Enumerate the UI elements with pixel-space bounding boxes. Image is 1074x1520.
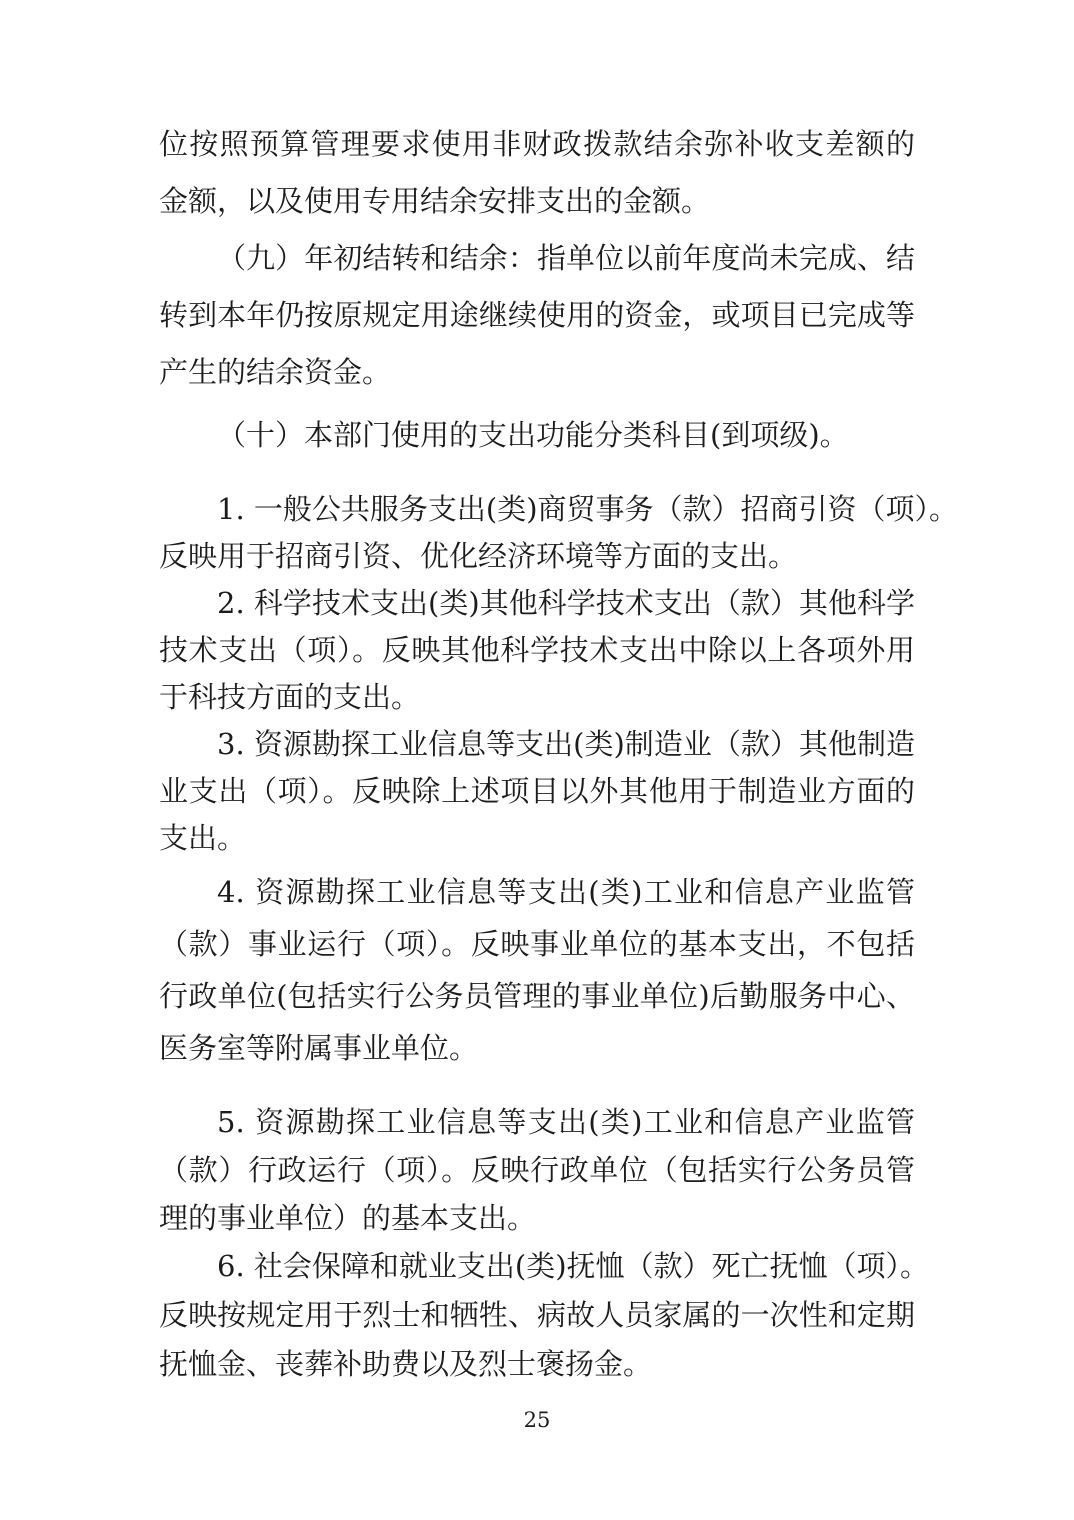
text-line: 支出。 (159, 815, 915, 862)
text-line: 抚恤金、丧葬补助费以及烈士褒扬金。 (159, 1340, 915, 1389)
text-line: 业支出（项）。反映除上述项目以外其他用于制造业方面的 (159, 768, 915, 815)
paragraph: 3. 资源勘探工业信息等支出(类)制造业（款）其他制造 业支出（项）。反映除上述… (159, 721, 915, 862)
text-line: 1. 一般公共服务支出(类)商贸事务（款）招商引资（项）。 (159, 486, 915, 533)
text-line: 行政单位(包括实行公务员管理的事业单位)后勤服务中心、 (159, 970, 915, 1022)
text-line: 2. 科学技术支出(类)其他科学技术支出（款）其他科学 (159, 580, 915, 627)
text-line: （款）事业运行（项）。反映事业单位的基本支出，不包括 (159, 918, 915, 970)
text-line: 医务室等附属事业单位。 (159, 1022, 915, 1074)
paragraph: 5. 资源勘探工业信息等支出(类)工业和信息产业监管 （款）行政运行（项）。反映… (159, 1098, 915, 1242)
document-page: 位按照预算管理要求使用非财政拨款结余弥补收支差额的 金额，以及使用专用结余安排支… (0, 0, 1074, 1520)
paragraph: 4. 资源勘探工业信息等支出(类)工业和信息产业监管 （款）事业运行（项）。反映… (159, 866, 915, 1074)
text-line: 4. 资源勘探工业信息等支出(类)工业和信息产业监管 (159, 866, 915, 918)
text-line: 位按照预算管理要求使用非财政拨款结余弥补收支差额的 (159, 116, 915, 173)
paragraph: （十）本部门使用的支出功能分类科目(到项级)。 (159, 407, 915, 464)
text-line: 反映按规定用于烈士和牺牲、病故人员家属的一次性和定期 (159, 1291, 915, 1340)
text-line: 技术支出（项）。反映其他科学技术支出中除以上各项外用 (159, 627, 915, 674)
page-number: 25 (0, 1406, 1074, 1434)
paragraph: 6. 社会保障和就业支出(类)抚恤（款）死亡抚恤（项）。 反映按规定用于烈士和牺… (159, 1242, 915, 1389)
text-line: 3. 资源勘探工业信息等支出(类)制造业（款）其他制造 (159, 721, 915, 768)
text-line: 转到本年仍按原规定用途继续使用的资金，或项目已完成等 (159, 287, 915, 344)
text-line: （款）行政运行（项）。反映行政单位（包括实行公务员管 (159, 1146, 915, 1194)
paragraph: 1. 一般公共服务支出(类)商贸事务（款）招商引资（项）。 反映用于招商引资、优… (159, 486, 915, 580)
text-line: 产生的结余资金。 (159, 344, 915, 401)
text-line: 金额，以及使用专用结余安排支出的金额。 (159, 173, 915, 230)
text-line: 5. 资源勘探工业信息等支出(类)工业和信息产业监管 (159, 1098, 915, 1146)
text-line: （九）年初结转和结余：指单位以前年度尚未完成、结 (159, 230, 915, 287)
text-line: （十）本部门使用的支出功能分类科目(到项级)。 (159, 407, 915, 464)
text-line: 理的事业单位）的基本支出。 (159, 1194, 915, 1242)
text-line: 于科技方面的支出。 (159, 674, 915, 721)
paragraph: 2. 科学技术支出(类)其他科学技术支出（款）其他科学 技术支出（项）。反映其他… (159, 580, 915, 721)
text-line: 反映用于招商引资、优化经济环境等方面的支出。 (159, 533, 915, 580)
paragraph: 位按照预算管理要求使用非财政拨款结余弥补收支差额的 金额，以及使用专用结余安排支… (159, 116, 915, 230)
text-line: 6. 社会保障和就业支出(类)抚恤（款）死亡抚恤（项）。 (159, 1242, 915, 1291)
paragraph: （九）年初结转和结余：指单位以前年度尚未完成、结 转到本年仍按原规定用途继续使用… (159, 230, 915, 401)
